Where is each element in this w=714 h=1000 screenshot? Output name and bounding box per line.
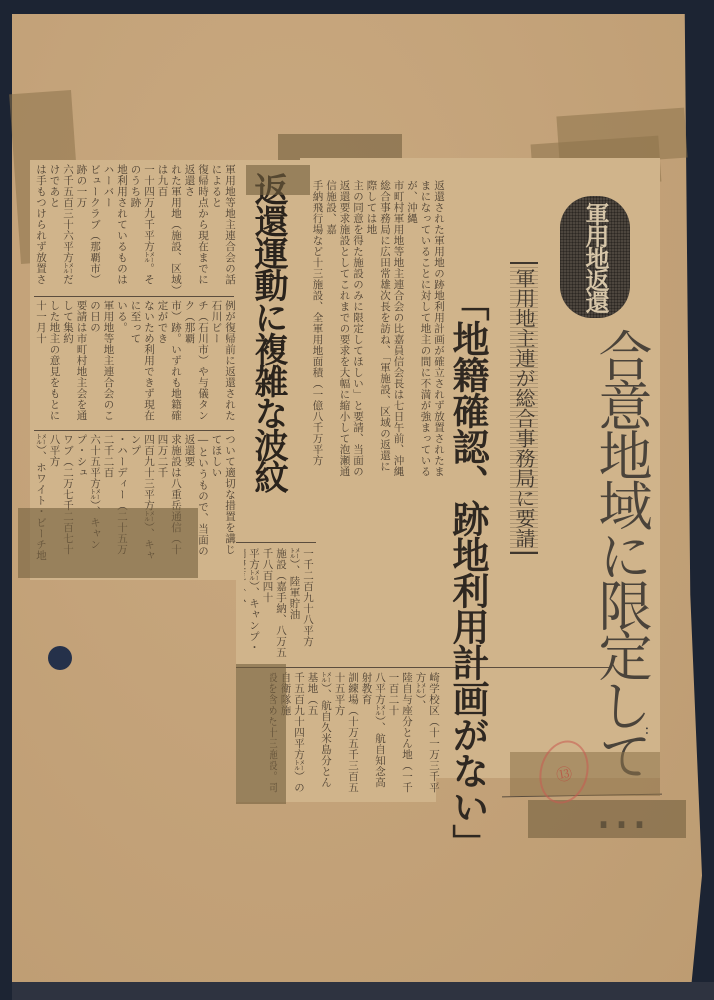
body-line: 一千二百九十八平方㍍）、陸軍貯油: [289, 548, 315, 647]
subhead-boxed: 軍用地主連が総合事務局に要請: [510, 262, 538, 554]
column-rule: [236, 542, 316, 543]
body-line: 崎学校区（十一万三千平方㍍）、: [415, 672, 441, 793]
body-line: 六千五百三十六平方㍍だけであと: [49, 164, 75, 285]
body-line: 訓練場（十万五千三百五十五平方: [334, 672, 360, 793]
body-line: 例が復帰前に返還された石川ビー: [211, 300, 237, 421]
adhesive-tape: [236, 664, 286, 804]
body-line: 軍用地等地主連合会のこの日の: [89, 300, 115, 421]
body-line: 軍用地等地主連合会の話によると: [211, 164, 237, 285]
adhesive-tape: [528, 800, 686, 838]
body-line: れた軍用地（施設、区域）は九百: [157, 164, 183, 291]
body-line: ㍍）、航自久米島分とん基地（五: [307, 672, 333, 788]
ellipsis-mark: ‥: [642, 726, 658, 735]
body-line: 八平方㍍）、航自知念高射教育: [361, 672, 387, 788]
body-line: ないため利用できず現在に至って: [130, 300, 156, 421]
punch-hole: [48, 646, 72, 670]
adhesive-tape: [246, 165, 310, 195]
body-line: 手納飛行場など十三施設、全軍用地面積（一億八千万平方㍍）のわずか八％を占めるにす…: [310, 180, 324, 477]
body-line: 市町村軍用地等地主連合会の比嘉員信会長は七日午前、沖縄総合事務局に広田常雄次長を…: [366, 180, 405, 477]
adhesive-tape: [18, 508, 198, 578]
quote-headline: 「地籍確認、跡地利用計画がない」: [448, 284, 488, 860]
body-line: ビュークラブ（那覇市）跡の一万: [76, 164, 102, 285]
article-body-lower-right: 崎学校区（十一万三千平方㍍）、 陸自与座分とん地（一千一百二十 八平方㍍）、航自…: [270, 672, 440, 797]
body-line: は手もつけられず放置されたま: [36, 164, 47, 285]
body-line: いる。: [116, 300, 128, 333]
body-line: 地利用されているものはハーバー: [103, 164, 129, 285]
secondary-headline: 返還運動に複雑な波紋: [248, 172, 288, 492]
body-line: 要請は市町村地主会を通して集約: [62, 300, 88, 421]
body-line: 平方㍍）、キャンプ・瑞慶覧（八: [244, 548, 260, 653]
scanner-edge: [12, 982, 714, 1000]
body-line: 市）跡。いずれも地籍確定ができ: [157, 300, 183, 421]
topic-badge: 軍用地返還: [560, 196, 630, 318]
column-rule: [34, 296, 234, 297]
body-line: 陸自与座分とん地（一千一百二十: [388, 672, 414, 793]
body-line: 施設（嘉手納、八万五千八百四十: [262, 548, 288, 658]
article-body-middle: 一千二百九十八平方㍍）、陸軍貯油 施設（嘉手納、八万五千八百四十 平方㍍）、キャ…: [244, 548, 314, 663]
article-body-left-upper: 軍用地等地主連合会の話によると 復帰時点から現在までに返還さ れた軍用地（施設、…: [36, 164, 236, 294]
column-rule: [34, 430, 234, 431]
body-line: チ（石川市）や与儀タンク（那覇: [184, 300, 210, 421]
body-line: 一十四万九千平方㍍。そのうち跡: [130, 164, 156, 285]
body-line: ついて適切な措置を講じてほしい: [211, 434, 237, 555]
body-line: 返還された軍用地の跡地利用計画が確立されず放置されたままになっていることに対して…: [406, 180, 445, 477]
article-body-left-middle: 例が復帰前に返還された石川ビー チ（石川市）や与儀タンク（那覇 市）跡。いずれも…: [36, 300, 236, 428]
article-body-right: 返還された軍用地の跡地利用計画が確立されず放置されたままになっていることに対して…: [310, 180, 445, 480]
body-line: した地主の意見をもとに十一月十: [36, 300, 61, 421]
body-line: 主の同意を得た施設のみに限定してほしい」と要請、当面の返還要求施設としてこれまで…: [325, 180, 364, 477]
body-line: 復帰時点から現在までに返還さ: [184, 164, 210, 285]
badge-text: 軍用地返還: [583, 202, 607, 312]
